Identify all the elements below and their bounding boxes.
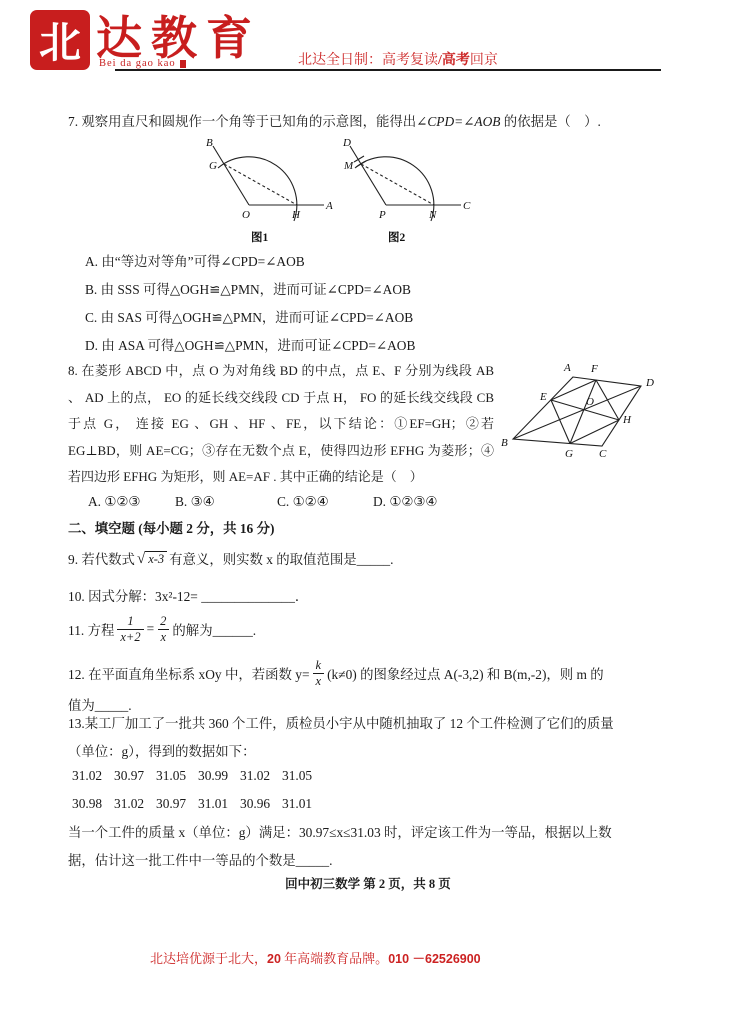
brand-subtitle: Bei da gao kao: [99, 58, 186, 69]
rhombus-label-G: G: [565, 448, 573, 460]
sqrt-expression: √x-3: [137, 551, 167, 567]
rhombus-label-F: F: [590, 363, 598, 375]
header-rule: [115, 69, 661, 71]
fraction-2-over-x: 2x: [157, 614, 169, 644]
question-7-option-b: B. 由 SSS 可得△OGH≌△PMN，进而可证∠CPD=∠AOB: [85, 280, 411, 300]
question-7-option-d: D. 由 ASA 可得△OGH≌△PMN，进而可证∠CPD=∠AOB: [85, 336, 415, 356]
fig2-label-N: N: [428, 209, 437, 221]
page-footer: 回中初三数学 第 2 页，共 8 页: [0, 874, 736, 892]
question-9: 9. 若代数式 √x-3 有意义，则实数 x 的取值范围是_____.: [68, 549, 393, 568]
figure-rhombus-wrap: A F D E O B G C H: [500, 358, 672, 454]
fig1-label-G: G: [209, 160, 217, 172]
question-7-option-c: C. 由 SAS 可得△OGH≌△PMN，进而可证∠CPD=∠AOB: [85, 308, 413, 328]
question-8-option-a: A. ①②③: [88, 492, 140, 512]
question-7-option-a: A. 由“等边对等角”可得∠CPD=∠AOB: [85, 252, 305, 272]
fig1-label-O: O: [242, 209, 250, 221]
question-13-line-3: 当一个工件的质量 x（单位：g）满足：30.97≤x≤31.03 时，评定该工件…: [68, 823, 612, 843]
question-10: 10. 因式分解：3x²-12= ______________．: [68, 587, 308, 607]
fig2-label-C: C: [463, 200, 471, 212]
question-13-line-4: 据，估计这一批工件中一等品的个数是_____.: [68, 851, 332, 871]
brand-seal-icon: 北: [30, 10, 90, 70]
rhombus-label-A: A: [563, 362, 571, 374]
question-13-line-1: 13.某工厂加工了一批共 360 个工件，质检员小宇从中随机抽取了 12 个工件…: [68, 714, 614, 734]
rhombus-label-D: D: [645, 377, 654, 389]
rhombus-label-B: B: [501, 437, 508, 449]
fig2-label-D: D: [342, 137, 351, 149]
brand-footer: 北达培优源于北大，20 年高端教育品牌。010 －62526900: [150, 948, 481, 967]
question-8-option-b: B. ③④: [175, 492, 215, 512]
question-13-line-2: （单位：g），得到的数据如下：: [68, 742, 255, 762]
exam-page: 北 达教育 Bei da gao kao 北达全日制：高考复读/高考回京 7. …: [0, 0, 736, 1024]
question-13-data-row-1: 31.0230.9731.0530.9931.0231.05: [72, 768, 324, 784]
rhombus-label-C: C: [599, 448, 607, 460]
question-7-stem: 7. 观察用直尺和圆规作一个角等于已知角的示意图，能得出∠CPD=∠AOB 的依…: [68, 112, 601, 132]
fig2-caption: 图2: [388, 230, 405, 244]
fig1-label-A: A: [325, 200, 333, 212]
figure-3-rhombus: A F D E O B G C H: [500, 358, 672, 460]
question-12-line-2: 值为_____.: [68, 696, 132, 716]
figure-2-angle-construction: D M P N C 图2: [333, 136, 473, 248]
brand-square-icon: [180, 60, 186, 68]
question-12-line-1: 12. 在平面直角坐标系 xOy 中，若函数 y= kx (k≠0) 的图象经过…: [68, 652, 604, 694]
fig1-label-H: H: [291, 209, 301, 221]
fig2-label-P: P: [378, 209, 386, 221]
question-13-data-row-2: 30.9831.0230.9731.0130.9631.01: [72, 796, 324, 812]
header-tagline: 北达全日制：高考复读/高考回京: [298, 49, 498, 69]
question-8-option-c: C. ①②④: [277, 492, 329, 512]
fig1-label-B: B: [206, 137, 213, 149]
brand-subtitle-text: Bei da gao kao: [99, 58, 176, 69]
rhombus-label-O: O: [586, 396, 594, 408]
section-2-title: 二、填空题 (每小题 2 分，共 16 分): [68, 519, 274, 539]
question-11: 11. 方程 1x+2 = 2x 的解为______.: [68, 608, 256, 650]
figure-1-angle-construction: B G O H A 图1: [196, 136, 336, 248]
fraction-k-over-x: kx: [313, 658, 325, 688]
question-8-option-d: D. ①②③④: [373, 492, 437, 512]
fig2-label-M: M: [343, 160, 354, 172]
question-8-text: 8. 在菱形 ABCD 中，点 O 为对角线 BD 的中点，点 E、F 分别为线…: [68, 363, 494, 484]
seal-character: 北: [39, 10, 81, 70]
question-8-stem: A F D E O B G C H 8. 在菱形 ABCD 中，点 O 为对角线…: [68, 358, 672, 491]
fig1-caption: 图1: [251, 230, 268, 244]
rhombus-label-H: H: [622, 414, 632, 426]
fraction-1-over-x-plus-2: 1x+2: [117, 614, 143, 644]
rhombus-label-E: E: [539, 391, 547, 403]
